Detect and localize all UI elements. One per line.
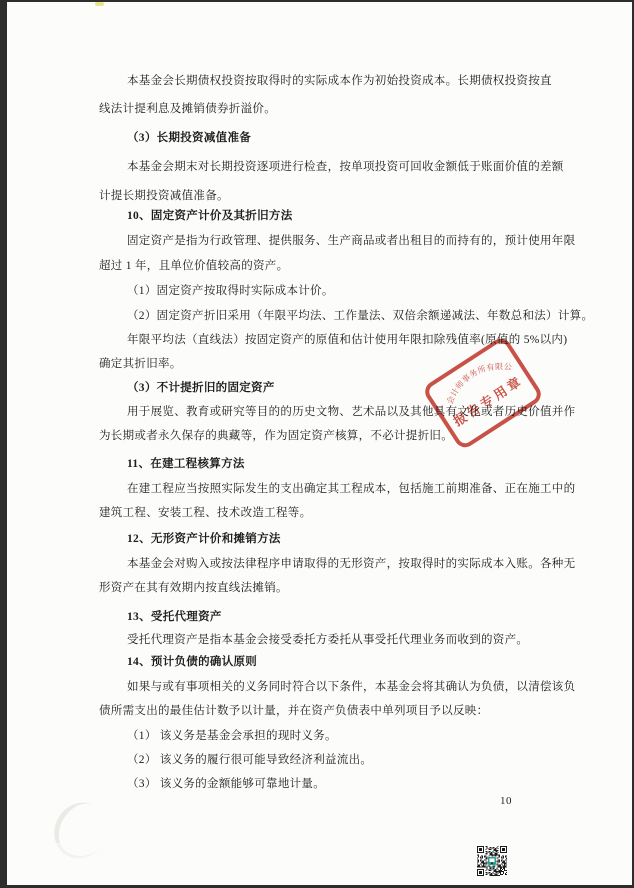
text-line: 计提长期投资减值准备。 [99, 189, 229, 203]
section-heading: （3）长期投资减值准备 [127, 131, 251, 145]
text-line: 在建工程应当按照实际发生的支出确定其工程成本，包括施工前期准备、正在施工中的 [127, 482, 575, 496]
text-line: （2） 该义务的履行很可能导致经济利益流出。 [127, 753, 372, 767]
section-heading: 11、在建工程核算方法 [127, 457, 245, 471]
section-heading: 13、受托代理资产 [127, 610, 222, 624]
section-heading: 10、固定资产计价及其折旧方法 [127, 209, 293, 223]
text-line: （1）固定资产按取得时实际成本计价。 [127, 284, 334, 298]
section-heading: 14、预计负债的确认原则 [127, 655, 257, 669]
text-line: （1） 该义务是基金会承担的现时义务。 [127, 729, 337, 743]
text-line: 形资产在其有效期内按直线法摊销。 [99, 581, 288, 595]
qr-code [477, 846, 507, 876]
text-line: 本基金会期末对长期投资逐项进行检查，按单项投资可回收金额低于账面价值的差额 [127, 160, 564, 174]
text-line: 确定其折旧率。 [99, 357, 182, 371]
section-heading: 12、无形资产计价和摊销方法 [127, 532, 281, 546]
text-line: 建筑工程、安装工程、技术改造工程等。 [99, 506, 311, 520]
text-line: 受托代理资产是指本基金会接受委托方委托从事受托代理业务而收到的资产。 [127, 633, 528, 647]
text-line: 本基金会对购入或按法律程序申请取得的无形资产，按取得时的实际成本入账。各种无 [127, 557, 575, 571]
scan-speck [95, 2, 104, 6]
text-line: 用于展览、教育或研究等目的的历史文物、艺术品以及其他具有文化或者历史价值并作 [127, 405, 575, 419]
text-line: 线法计提利息及摊销债券折溢价。 [99, 102, 276, 116]
stamp-main-text: 报告专用章 [451, 373, 526, 429]
page-number: 10 [500, 795, 512, 807]
text-line: 为长期或者永久保存的典藏等，作为固定资产核算，不必计提折旧。 [99, 429, 453, 443]
text-line: 本基金会长期债权投资按取得时的实际成本作为初始投资成本。长期债权投资按直 [127, 74, 552, 88]
text-line: 年限平均法（直线法）按固定资产的原值和估计使用年限扣除残值率(原值的 5%以内) [127, 333, 567, 347]
text-line: 超过 1 年，且单位价值较高的资产。 [99, 259, 288, 273]
text-line: 债所需支出的最佳估计数予以计量，并在资产负债表中单列项目予以反映： [99, 704, 488, 718]
text-line: （3） 该义务的金额能够可靠地计量。 [127, 777, 325, 791]
text-line: 固定资产是指为行政管理、提供服务、生产商品或者出租目的而持有的，预计使用年限 [127, 234, 575, 248]
text-line: （2）固定资产折旧采用（年限平均法、工作量法、双倍余额递减法、年数总和法）计算。 [127, 309, 593, 323]
text-line: 如果与或有事项相关的义务同时符合以下条件，本基金会将其确认为负债，以清偿该负 [127, 680, 575, 694]
scan-crease-artifact [45, 793, 117, 867]
section-heading: （3）不计提折旧的固定资产 [127, 381, 275, 395]
page-surface: 本基金会长期债权投资按取得时的实际成本作为初始投资成本。长期债权投资按直 线法计… [7, 2, 632, 885]
